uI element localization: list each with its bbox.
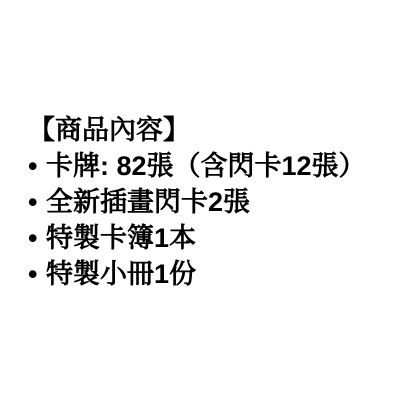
- list-item: • 特製卡簿1本: [28, 220, 366, 256]
- product-content-title: 【商品內容】: [28, 112, 366, 148]
- list-item: • 特製小冊1份: [28, 256, 366, 292]
- list-item: • 全新插畫閃卡2張: [28, 184, 366, 220]
- list-item-text: 特製小冊1份: [46, 256, 196, 292]
- list-item-text: 卡牌: 82張（含閃卡12張）: [46, 148, 366, 184]
- bullet-icon: •: [28, 220, 46, 256]
- bullet-icon: •: [28, 148, 46, 184]
- product-content-block: 【商品內容】 • 卡牌: 82張（含閃卡12張） • 全新插畫閃卡2張 • 特製…: [28, 112, 366, 292]
- list-item-text: 特製卡簿1本: [46, 220, 196, 256]
- bullet-icon: •: [28, 256, 46, 292]
- bullet-icon: •: [28, 184, 46, 220]
- list-item-text: 全新插畫閃卡2張: [46, 184, 250, 220]
- list-item: • 卡牌: 82張（含閃卡12張）: [28, 148, 366, 184]
